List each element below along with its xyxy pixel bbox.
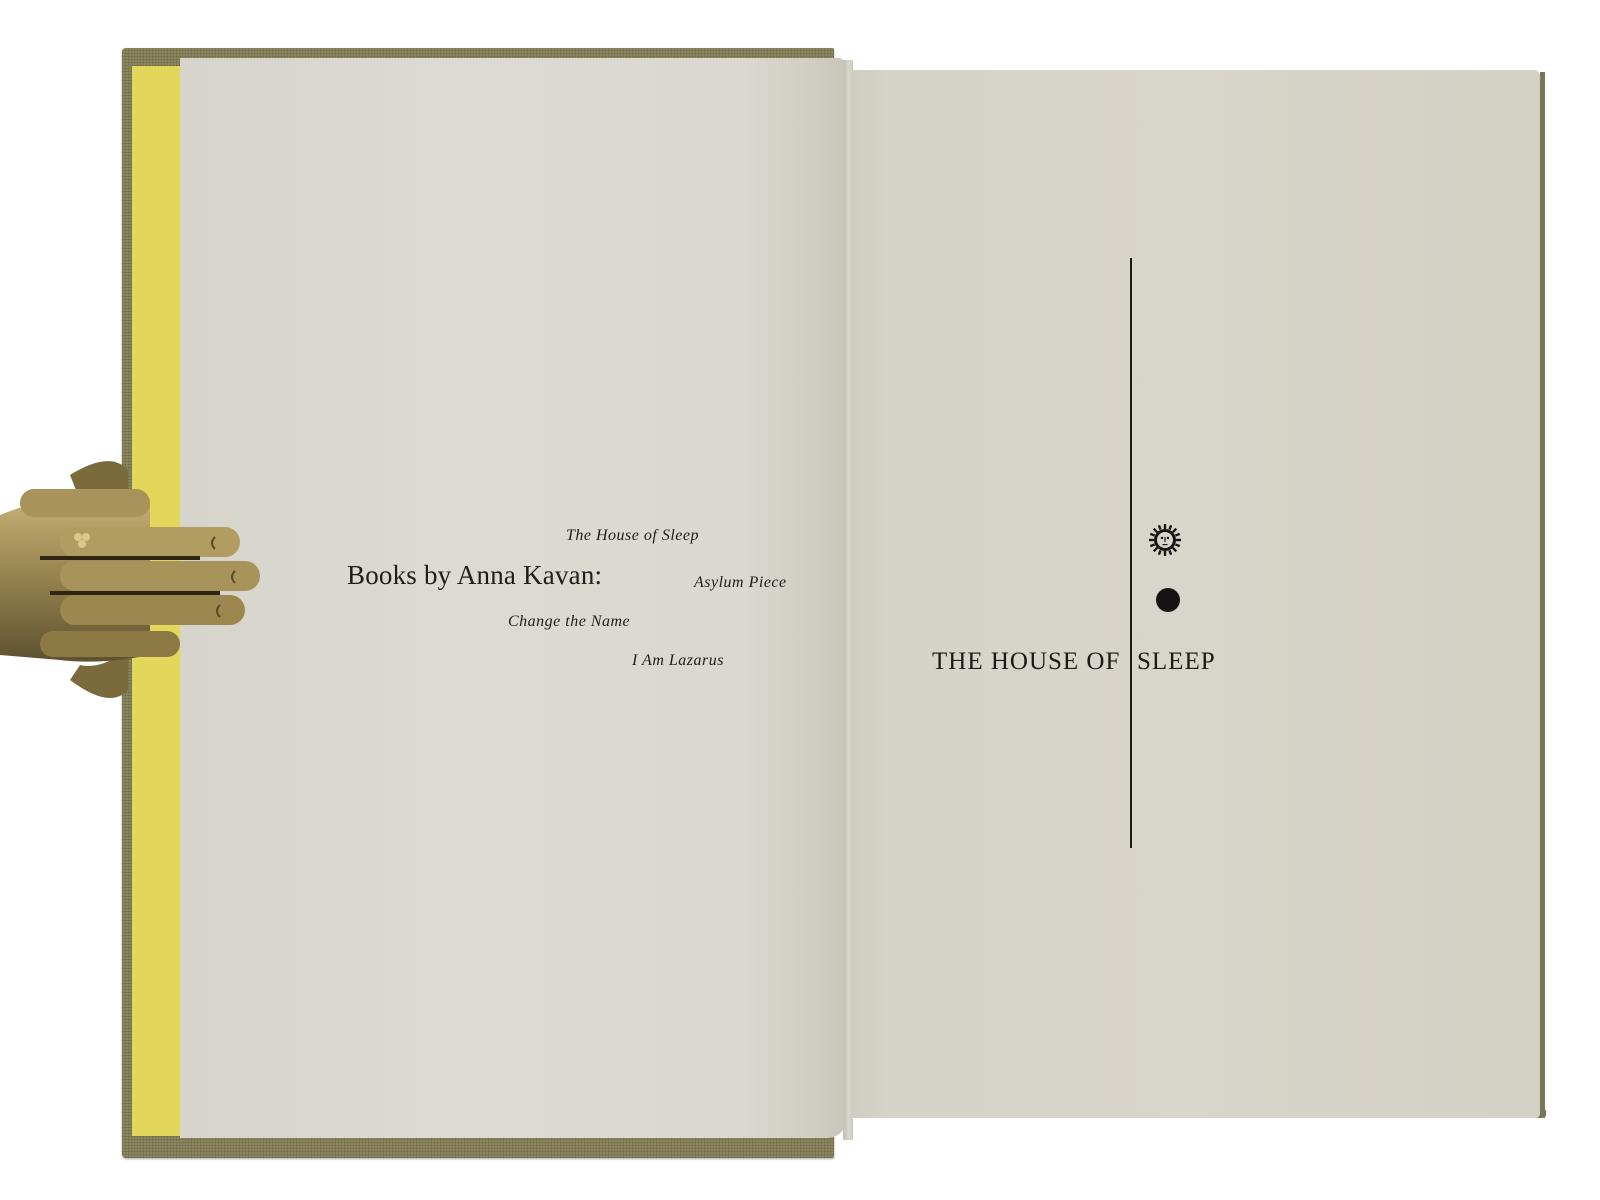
book-title-item: I Am Lazarus — [632, 652, 724, 670]
title-right-part: SLEEP — [1137, 648, 1216, 676]
right-page — [850, 70, 1540, 1118]
brass-hand-bookholder-icon — [0, 455, 265, 715]
sun-face-icon — [1147, 522, 1183, 558]
book-title-item: Change the Name — [508, 613, 630, 631]
book-gutter — [843, 60, 853, 1140]
books-by-heading: Books by Anna Kavan: — [347, 560, 602, 591]
open-book: The House of Sleep Books by Anna Kavan: … — [0, 0, 1600, 1200]
moon-dot-icon — [1156, 588, 1180, 612]
title-left-part: THE HOUSE OF — [932, 648, 1120, 676]
vertical-rule — [1130, 258, 1132, 848]
cover-right-edge — [1540, 72, 1545, 1118]
left-page — [180, 58, 846, 1138]
book-title-item: Asylum Piece — [694, 574, 787, 592]
book-title-item: The House of Sleep — [566, 527, 699, 545]
